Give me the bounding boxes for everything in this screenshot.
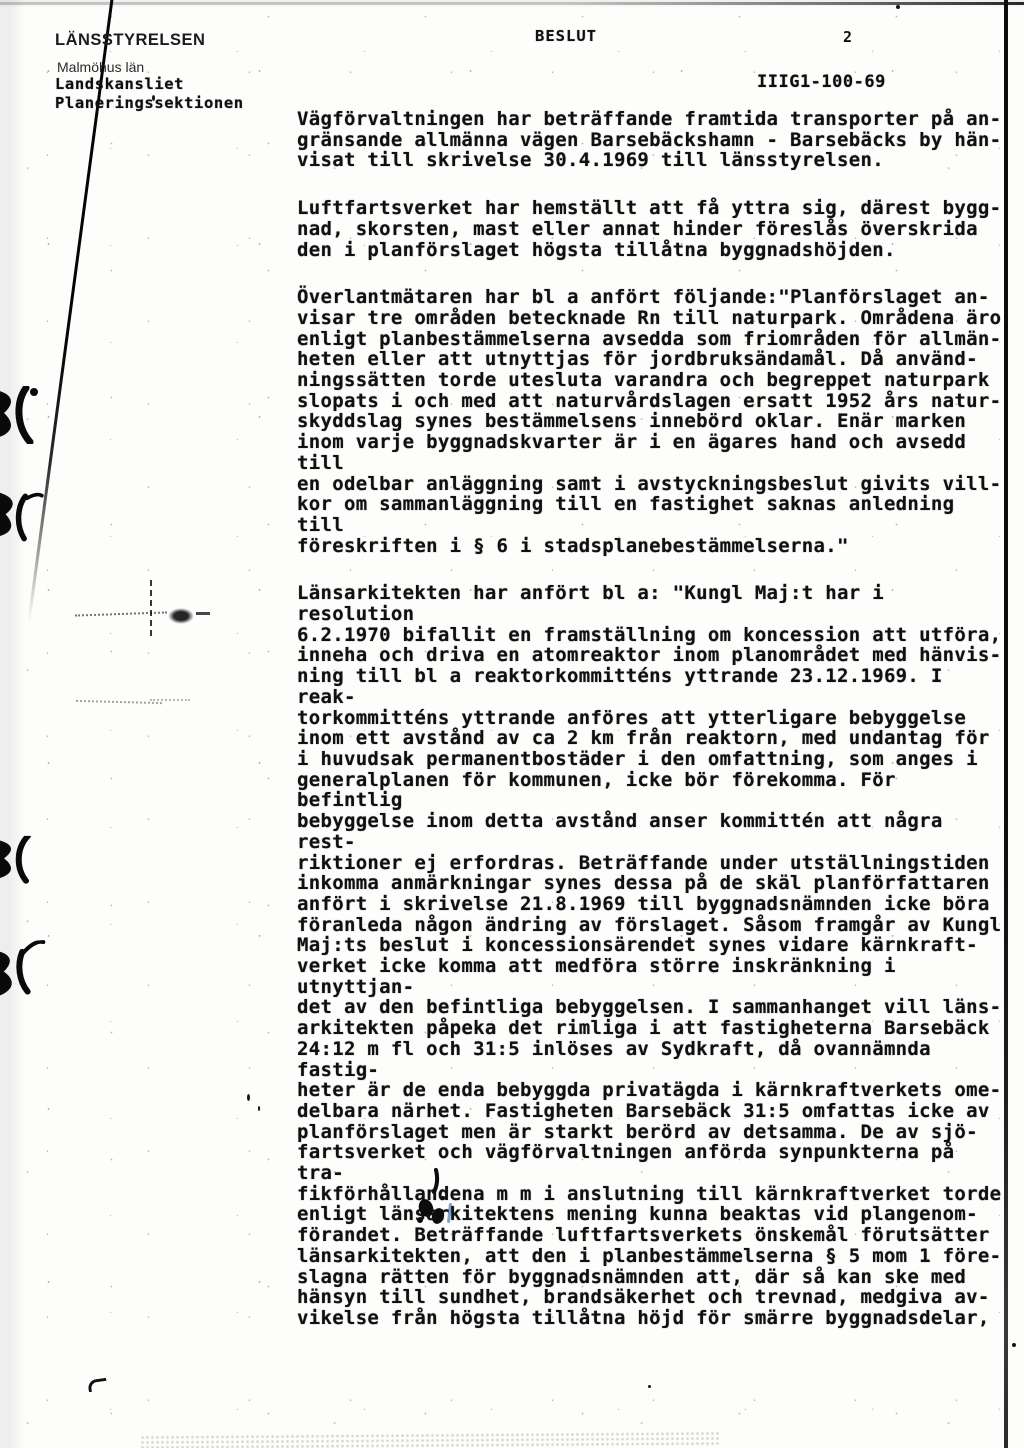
pencil-scribble xyxy=(150,580,152,636)
document-body: Vägförvaltningen har beträffande framtid… xyxy=(297,109,1009,1356)
ink-blot-mark xyxy=(0,489,44,549)
document-title: BESLUT xyxy=(535,27,597,45)
section-name: Planeringssektionen xyxy=(55,94,244,112)
page-number: 2 xyxy=(843,28,852,46)
paragraph-vagforvaltningen: Vägförvaltningen har beträffande framtid… xyxy=(297,109,1009,171)
scan-top-edge-line xyxy=(0,2,1024,5)
agency-name: LÄNSSTYRELSEN xyxy=(55,31,205,50)
ink-blot-mark xyxy=(0,940,51,1006)
department-name: Landskansliet xyxy=(55,75,184,93)
pencil-scribble xyxy=(75,611,167,616)
ink-blot-mark xyxy=(0,386,44,448)
dust-speck xyxy=(247,1094,250,1101)
pencil-scribble xyxy=(168,608,194,624)
reference-number: IIIG1-100-69 xyxy=(757,72,886,92)
halftone-smudge-band xyxy=(140,1431,720,1448)
pen-hook-mark xyxy=(87,1378,107,1393)
dust-speck xyxy=(896,5,900,9)
dust-speck xyxy=(258,1106,260,1111)
dust-speck xyxy=(1012,1343,1016,1347)
ink-blot-mark xyxy=(0,836,44,888)
scanned-document-page: LÄNSSTYRELSEN Malmöhus län Landskansliet… xyxy=(0,0,1024,1448)
region-name: Malmöhus län xyxy=(57,59,144,75)
paragraph-overlantmataren: Överlantmätaren har bl a anfört följande… xyxy=(297,287,1009,556)
pencil-scribble xyxy=(150,699,190,701)
dust-speck xyxy=(648,1385,651,1388)
pencil-scribble xyxy=(196,612,210,615)
paragraph-lansarkitekten: Länsarkitekten har anfört bl a: "Kungl M… xyxy=(297,583,1009,1328)
paragraph-luftfartsverket: Luftfartsverket har hemställt att få ytt… xyxy=(297,198,1009,260)
